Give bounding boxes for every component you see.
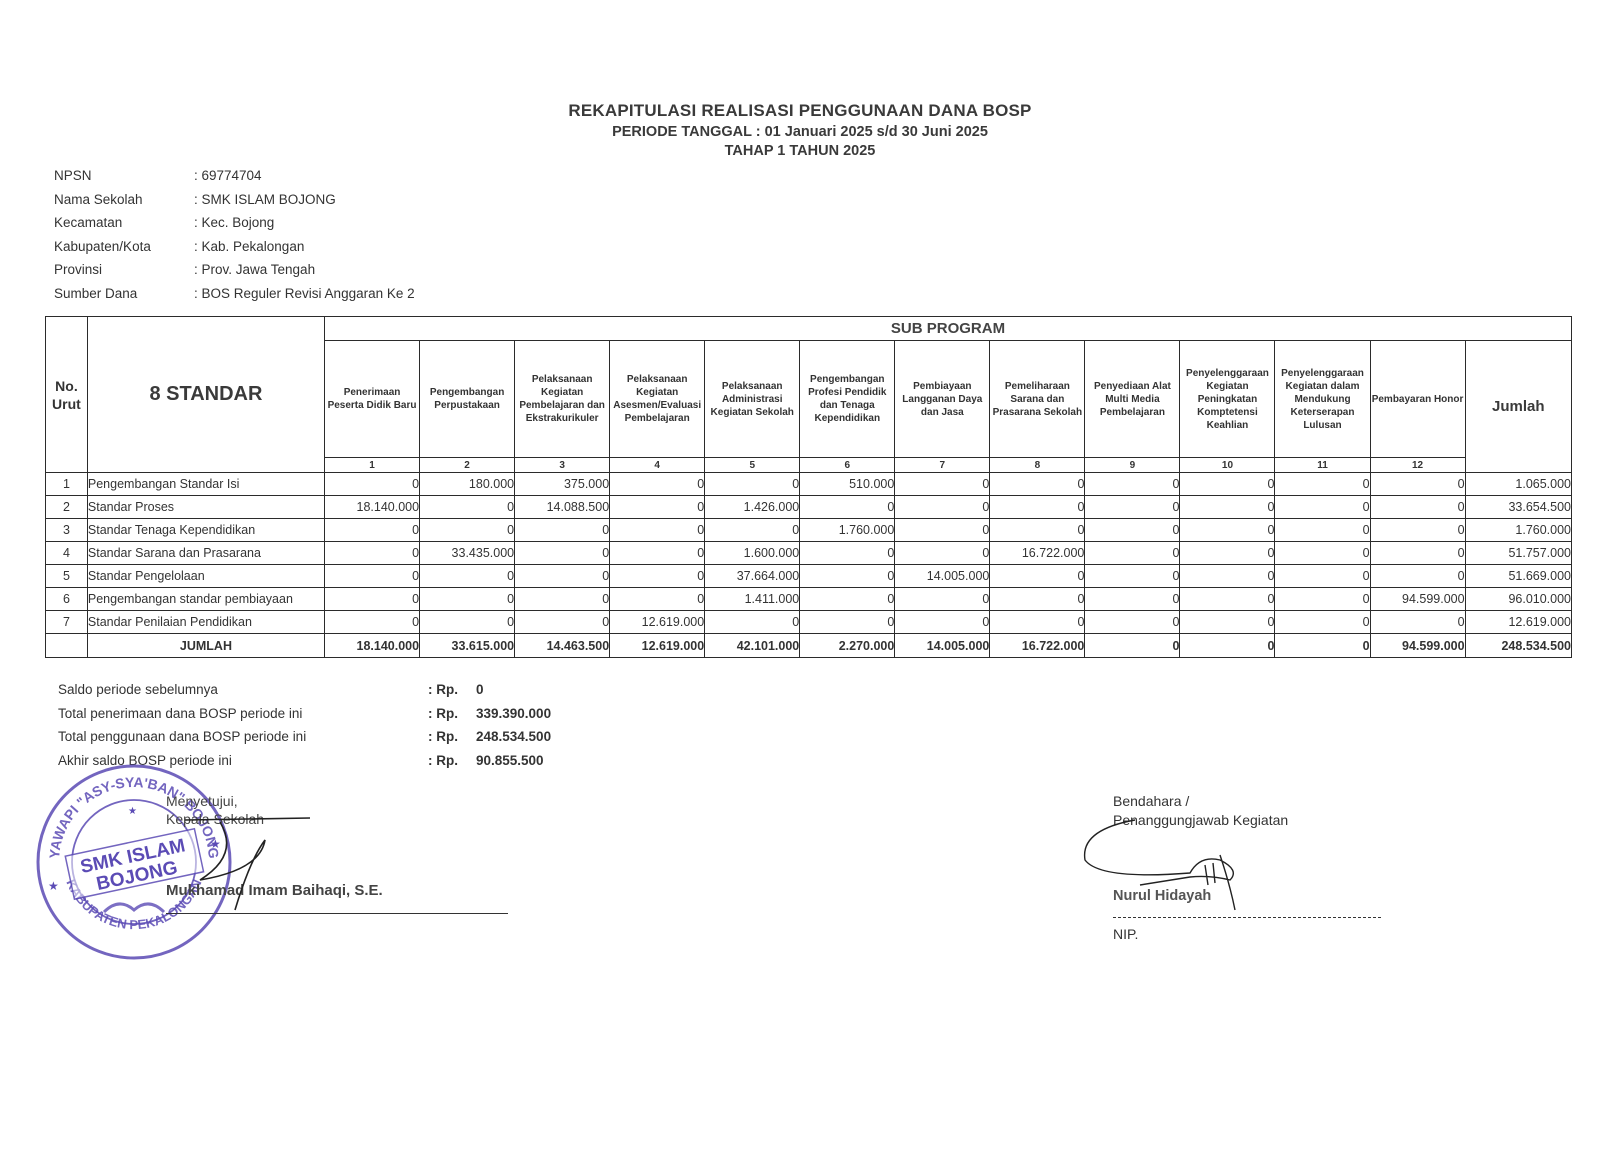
column-total: 14.005.000 (895, 634, 990, 658)
amount-cell: 0 (1370, 473, 1465, 496)
sub-program-column-header: Penyelenggaraan Kegiatan dalam Mendukung… (1275, 341, 1370, 458)
row-total: 1.065.000 (1465, 473, 1571, 496)
table-row: 6Pengembangan standar pembiayaan00001.41… (46, 588, 1572, 611)
svg-text:★: ★ (128, 806, 137, 817)
amount-cell: 0 (990, 519, 1085, 542)
amount-cell: 375.000 (515, 473, 610, 496)
approval-block: Menyetujui, Kepala Sekolah (166, 793, 264, 827)
amount-cell: 0 (800, 542, 895, 565)
amount-cell: 0 (1180, 588, 1275, 611)
column-number: 8 (990, 458, 1085, 473)
row-number: 5 (46, 565, 88, 588)
treasurer-title: Penanggungjawab Kegiatan (1113, 811, 1288, 830)
row-number: 1 (46, 473, 88, 496)
row-number: 2 (46, 496, 88, 519)
column-number: 11 (1275, 458, 1370, 473)
currency-prefix: : Rp. (428, 682, 476, 697)
summary-value: 339.390.000 (476, 706, 551, 721)
amount-cell: 0 (800, 496, 895, 519)
table-row: 3Standar Tenaga Kependidikan000001.760.0… (46, 519, 1572, 542)
table-row: 1Pengembangan Standar Isi0180.000375.000… (46, 473, 1572, 496)
column-total: 94.599.000 (1370, 634, 1465, 658)
amount-cell: 0 (515, 519, 610, 542)
amount-cell: 0 (895, 473, 990, 496)
treasurer-signature (1080, 815, 1260, 925)
info-value: : Prov. Jawa Tengah (194, 262, 315, 286)
amount-cell: 0 (1275, 519, 1370, 542)
amount-cell: 0 (1085, 496, 1180, 519)
document-title: REKAPITULASI REALISASI PENGGUNAAN DANA B… (0, 101, 1600, 121)
amount-cell: 14.088.500 (515, 496, 610, 519)
column-number: 9 (1085, 458, 1180, 473)
column-number: 12 (1370, 458, 1465, 473)
standard-name: Pengembangan Standar Isi (87, 473, 324, 496)
column-total: 14.463.500 (515, 634, 610, 658)
info-row: Nama Sekolah: SMK ISLAM BOJONG (54, 192, 415, 216)
amount-cell: 0 (990, 473, 1085, 496)
amount-cell: 0 (800, 611, 895, 634)
summary-label: Saldo periode sebelumnya (58, 682, 428, 697)
summary-label: Total penerimaan dana BOSP periode ini (58, 706, 428, 721)
amount-cell: 0 (800, 565, 895, 588)
amount-cell: 0 (1085, 565, 1180, 588)
column-number: 6 (800, 458, 895, 473)
amount-cell: 1.600.000 (705, 542, 800, 565)
column-total: 16.722.000 (990, 634, 1085, 658)
column-number: 2 (420, 458, 515, 473)
column-number: 10 (1180, 458, 1275, 473)
amount-cell: 0 (705, 473, 800, 496)
treasurer-nip: NIP. (1113, 926, 1138, 942)
row-total: 33.654.500 (1465, 496, 1571, 519)
sub-program-header: SUB PROGRAM (325, 317, 1572, 341)
headmaster-name: Mukhamad Imam Baihaqi, S.E. (166, 882, 383, 899)
amount-cell: 0 (420, 611, 515, 634)
amount-cell: 0 (325, 611, 420, 634)
summary-value: 0 (476, 682, 484, 697)
amount-cell: 0 (325, 473, 420, 496)
amount-cell: 510.000 (800, 473, 895, 496)
table-row: 4Standar Sarana dan Prasarana033.435.000… (46, 542, 1572, 565)
sub-program-column-header: Pelaksanaan Administrasi Kegiatan Sekola… (705, 341, 800, 458)
amount-cell: 12.619.000 (610, 611, 705, 634)
column-total: 33.615.000 (420, 634, 515, 658)
treasurer-block: Bendahara / Penanggungjawab Kegiatan (1113, 792, 1288, 830)
standard-name: Standar Tenaga Kependidikan (87, 519, 324, 542)
standard-name: Standar Proses (87, 496, 324, 519)
amount-cell: 0 (1370, 542, 1465, 565)
total-label: JUMLAH (87, 634, 324, 658)
amount-cell: 0 (1275, 496, 1370, 519)
info-row: NPSN: 69774704 (54, 168, 415, 192)
amount-cell: 0 (515, 588, 610, 611)
grand-total: 248.534.500 (1465, 634, 1571, 658)
standard-name: Pengembangan standar pembiayaan (87, 588, 324, 611)
amount-cell: 37.664.000 (705, 565, 800, 588)
amount-cell: 0 (705, 611, 800, 634)
currency-prefix: : Rp. (428, 753, 476, 768)
amount-cell: 0 (1370, 496, 1465, 519)
amount-cell: 14.005.000 (895, 565, 990, 588)
amount-cell: 0 (610, 519, 705, 542)
amount-cell: 0 (990, 588, 1085, 611)
row-number: 3 (46, 519, 88, 542)
school-info: NPSN: 69774704Nama Sekolah: SMK ISLAM BO… (54, 168, 415, 309)
standard-name: Standar Penilaian Pendidikan (87, 611, 324, 634)
info-label: Sumber Dana (54, 286, 194, 310)
table-row: 2Standar Proses18.140.000014.088.50001.4… (46, 496, 1572, 519)
standar-header: 8 STANDAR (87, 317, 324, 473)
amount-cell: 0 (1370, 611, 1465, 634)
amount-cell: 0 (1275, 473, 1370, 496)
svg-text:★: ★ (210, 837, 221, 851)
amount-cell: 0 (325, 519, 420, 542)
amount-cell: 0 (610, 588, 705, 611)
amount-cell: 0 (420, 496, 515, 519)
amount-cell: 0 (1085, 588, 1180, 611)
column-number: 1 (325, 458, 420, 473)
table-row: 5Standar Pengelolaan000037.664.000014.00… (46, 565, 1572, 588)
info-label: Kecamatan (54, 215, 194, 239)
amount-cell: 0 (1085, 611, 1180, 634)
info-value: : BOS Reguler Revisi Anggaran Ke 2 (194, 286, 415, 310)
amount-cell: 0 (610, 473, 705, 496)
info-value: : Kec. Bojong (194, 215, 274, 239)
amount-cell: 0 (325, 588, 420, 611)
amount-cell: 0 (325, 542, 420, 565)
currency-prefix: : Rp. (428, 729, 476, 744)
sub-program-column-header: Pembiayaan Langganan Daya dan Jasa (895, 341, 990, 458)
amount-cell: 1.411.000 (705, 588, 800, 611)
info-label: NPSN (54, 168, 194, 192)
document-period: PERIODE TANGGAL : 01 Januari 2025 s/d 30… (0, 124, 1600, 140)
row-number: 4 (46, 542, 88, 565)
amount-cell: 0 (895, 519, 990, 542)
headmaster-title: Kepala Sekolah (166, 811, 264, 827)
amount-cell: 0 (610, 542, 705, 565)
amount-cell: 18.140.000 (325, 496, 420, 519)
column-total: 2.270.000 (800, 634, 895, 658)
currency-prefix: : Rp. (428, 706, 476, 721)
amount-cell: 0 (990, 565, 1085, 588)
amount-cell: 0 (515, 611, 610, 634)
document-stage: TAHAP 1 TAHUN 2025 (0, 143, 1600, 159)
amount-cell: 0 (990, 496, 1085, 519)
total-row: JUMLAH18.140.00033.615.00014.463.50012.6… (46, 634, 1572, 658)
amount-cell: 0 (515, 565, 610, 588)
row-total: 12.619.000 (1465, 611, 1571, 634)
info-value: : SMK ISLAM BOJONG (194, 192, 336, 216)
amount-cell: 0 (610, 565, 705, 588)
amount-cell: 0 (705, 519, 800, 542)
amount-cell: 0 (420, 519, 515, 542)
amount-cell: 1.760.000 (800, 519, 895, 542)
sub-program-column-header: Pengembangan Perpustakaan (420, 341, 515, 458)
treasurer-name: Nurul Hidayah (1113, 888, 1211, 904)
amount-cell: 0 (1180, 519, 1275, 542)
amount-cell: 0 (800, 588, 895, 611)
row-total: 1.760.000 (1465, 519, 1571, 542)
row-total: 51.669.000 (1465, 565, 1571, 588)
sub-program-column-header: Pelaksanaan Kegiatan Pembelajaran dan Ek… (515, 341, 610, 458)
amount-cell: 0 (610, 496, 705, 519)
sub-program-column-header: Pengembangan Profesi Pendidik dan Tenaga… (800, 341, 895, 458)
amount-cell: 0 (895, 542, 990, 565)
amount-cell: 0 (420, 565, 515, 588)
sub-program-column-header: Pemeliharaan Sarana dan Prasarana Sekola… (990, 341, 1085, 458)
total-row-number (46, 634, 88, 658)
amount-cell: 0 (1275, 542, 1370, 565)
sub-program-column-header: Pembayaran Honor (1370, 341, 1465, 458)
amount-cell: 0 (1085, 473, 1180, 496)
amount-cell: 1.426.000 (705, 496, 800, 519)
column-number: 7 (895, 458, 990, 473)
jumlah-header: Jumlah (1465, 341, 1571, 473)
summary-row: Total penerimaan dana BOSP periode ini: … (58, 702, 551, 726)
row-number: 6 (46, 588, 88, 611)
row-total: 51.757.000 (1465, 542, 1571, 565)
row-number: 7 (46, 611, 88, 634)
recap-table: No. Urut 8 STANDAR SUB PROGRAM Penerimaa… (45, 316, 1572, 658)
sub-program-column-header: Penyelenggaraan Kegiatan Peningkatan Kom… (1180, 341, 1275, 458)
info-label: Provinsi (54, 262, 194, 286)
info-row: Sumber Dana: BOS Reguler Revisi Anggaran… (54, 286, 415, 310)
amount-cell: 0 (1180, 496, 1275, 519)
amount-cell: 0 (895, 611, 990, 634)
table-row: 7Standar Penilaian Pendidikan00012.619.0… (46, 611, 1572, 634)
amount-cell: 0 (1370, 565, 1465, 588)
summary-label: Total penggunaan dana BOSP periode ini (58, 729, 428, 744)
amount-cell: 33.435.000 (420, 542, 515, 565)
amount-cell: 0 (1180, 542, 1275, 565)
info-label: Kabupaten/Kota (54, 239, 194, 263)
standard-name: Standar Sarana dan Prasarana (87, 542, 324, 565)
column-total: 0 (1180, 634, 1275, 658)
row-total: 96.010.000 (1465, 588, 1571, 611)
summary-value: 90.855.500 (476, 753, 544, 768)
summary-value: 248.534.500 (476, 729, 551, 744)
headmaster-signature-line (166, 913, 508, 914)
amount-cell: 0 (1275, 588, 1370, 611)
school-stamp: YAWAPI "ASY-SYA'BAN" BOJONG KABUPATEN PE… (34, 762, 234, 962)
amount-cell: 0 (1180, 565, 1275, 588)
amount-cell: 0 (420, 588, 515, 611)
sub-program-column-header: Penerimaan Peserta Didik Baru (325, 341, 420, 458)
amount-cell: 0 (1180, 473, 1275, 496)
fund-summary: Saldo periode sebelumnya: Rp.0Total pene… (58, 678, 551, 772)
amount-cell: 0 (895, 496, 990, 519)
svg-text:★: ★ (48, 879, 59, 893)
summary-row: Saldo periode sebelumnya: Rp.0 (58, 678, 551, 702)
amount-cell: 0 (1275, 611, 1370, 634)
treasurer-signature-line (1113, 917, 1381, 918)
info-row: Kecamatan: Kec. Bojong (54, 215, 415, 239)
column-total: 12.619.000 (610, 634, 705, 658)
column-total: 42.101.000 (705, 634, 800, 658)
column-number: 5 (705, 458, 800, 473)
amount-cell: 180.000 (420, 473, 515, 496)
summary-row: Total penggunaan dana BOSP periode ini: … (58, 725, 551, 749)
column-number: 3 (515, 458, 610, 473)
amount-cell: 0 (1370, 519, 1465, 542)
info-value: : Kab. Pekalongan (194, 239, 304, 263)
amount-cell: 0 (1275, 565, 1370, 588)
info-row: Kabupaten/Kota: Kab. Pekalongan (54, 239, 415, 263)
amount-cell: 0 (325, 565, 420, 588)
sub-program-column-header: Penyediaan Alat Multi Media Pembelajaran (1085, 341, 1180, 458)
standard-name: Standar Pengelolaan (87, 565, 324, 588)
amount-cell: 0 (1085, 519, 1180, 542)
amount-cell: 16.722.000 (990, 542, 1085, 565)
info-row: Provinsi: Prov. Jawa Tengah (54, 262, 415, 286)
approval-label: Menyetujui, (166, 793, 264, 809)
column-total: 0 (1275, 634, 1370, 658)
amount-cell: 0 (990, 611, 1085, 634)
amount-cell: 0 (1180, 611, 1275, 634)
amount-cell: 94.599.000 (1370, 588, 1465, 611)
amount-cell: 0 (515, 542, 610, 565)
treasurer-label: Bendahara / (1113, 792, 1288, 811)
sub-program-column-header: Pelaksanaan Kegiatan Asesmen/Evaluasi Pe… (610, 341, 705, 458)
no-urut-header: No. Urut (46, 317, 88, 473)
info-value: : 69774704 (194, 168, 262, 192)
amount-cell: 0 (895, 588, 990, 611)
column-total: 18.140.000 (325, 634, 420, 658)
info-label: Nama Sekolah (54, 192, 194, 216)
column-number: 4 (610, 458, 705, 473)
column-total: 0 (1085, 634, 1180, 658)
amount-cell: 0 (1085, 542, 1180, 565)
